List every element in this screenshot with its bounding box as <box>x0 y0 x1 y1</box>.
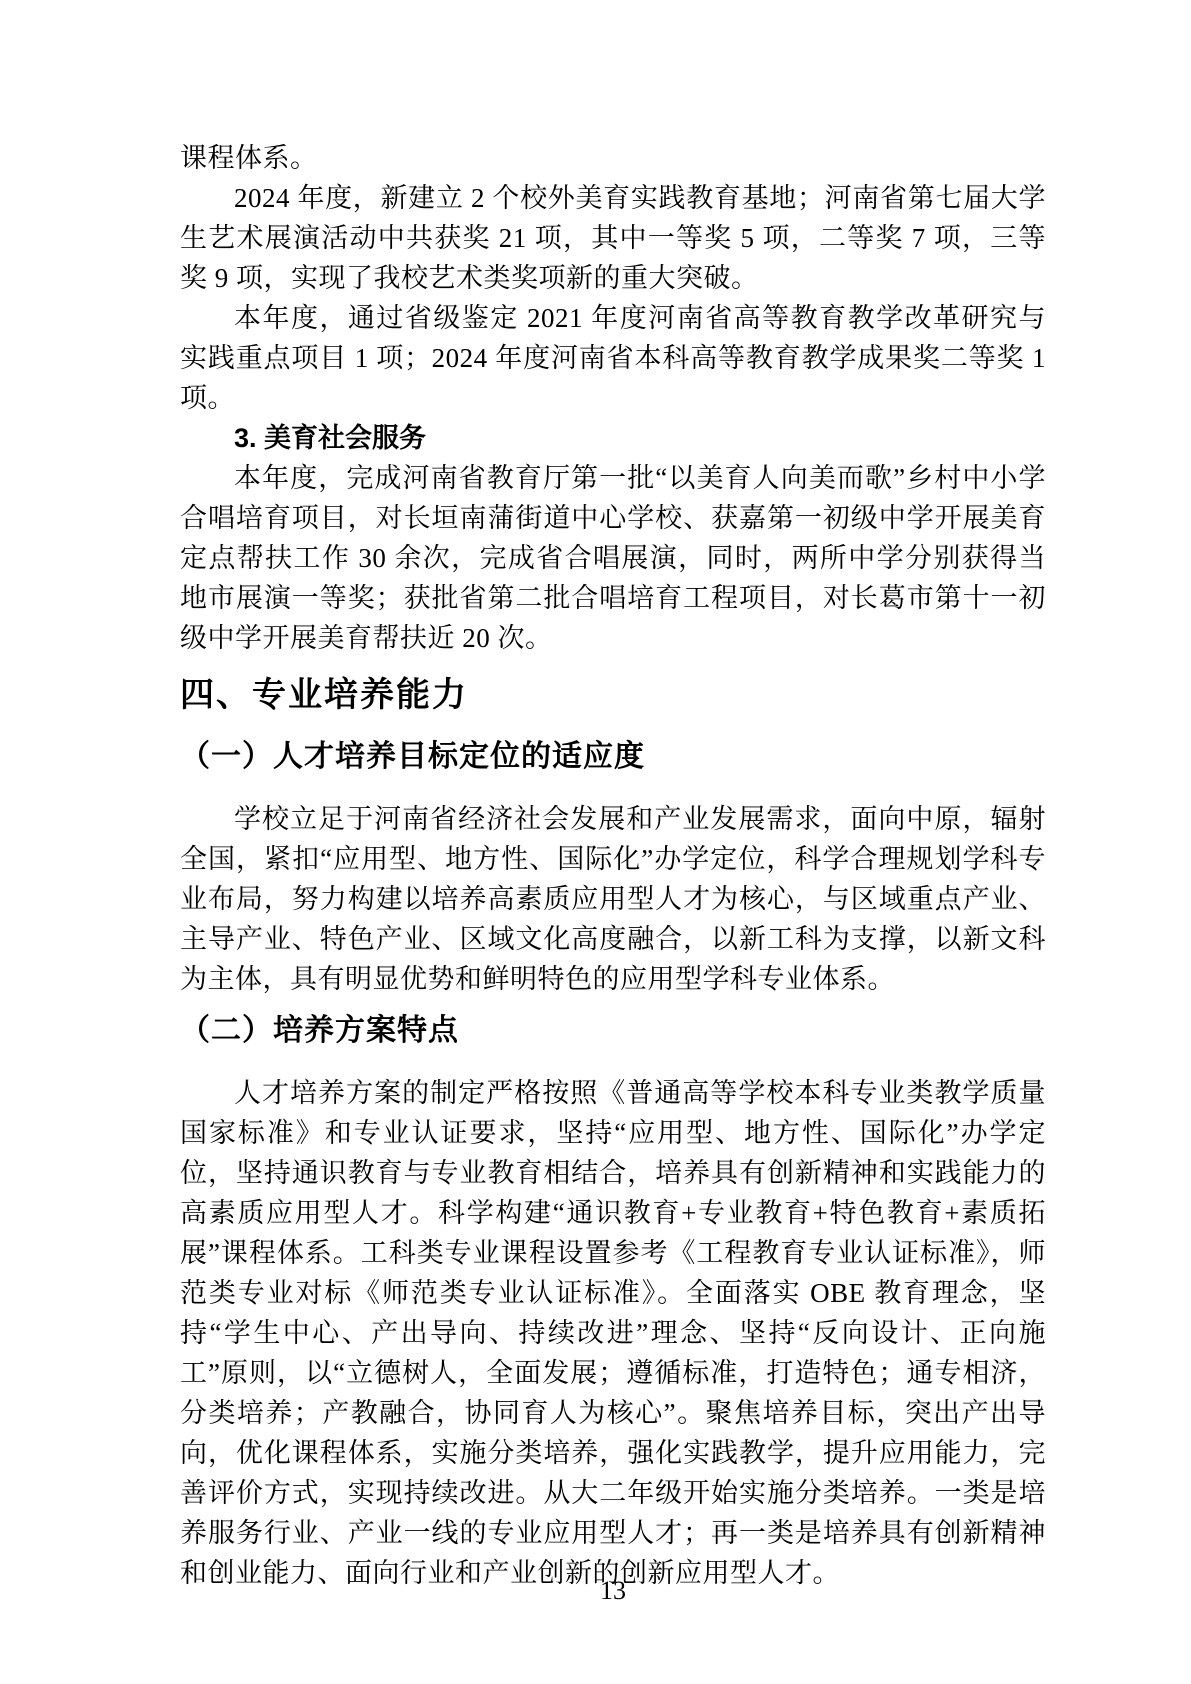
document-page: 课程体系。 2024 年度，新建立 2 个校外美育实践教育基地；河南省第七届大学… <box>0 0 1191 1684</box>
subheading-aesthetic-social-service: 3. 美育社会服务 <box>180 418 1046 458</box>
paragraph-training-plan-details: 人才培养方案的制定严格按照《普通高等学校本科专业类教学质量国家标准》和专业认证要… <box>180 1073 1046 1593</box>
section-heading-professional-training-capacity: 四、专业培养能力 <box>180 673 1046 717</box>
subsection-heading-talent-goal-adaptability: （一）人才培养目标定位的适应度 <box>180 735 1046 779</box>
paragraph-provincial-appraisal: 本年度，通过省级鉴定 2021 年度河南省高等教育教学改革研究与实践重点项目 1… <box>180 298 1046 418</box>
page-content: 课程体系。 2024 年度，新建立 2 个校外美育实践教育基地；河南省第七届大学… <box>180 138 1046 1593</box>
paragraph-choir-support-program: 本年度，完成河南省教育厅第一批“以美育人向美而歌”乡村中小学合唱培育项目，对长垣… <box>180 458 1046 658</box>
paragraph-course-system-continuation: 课程体系。 <box>180 138 1046 178</box>
paragraph-school-positioning: 学校立足于河南省经济社会发展和产业发展需求，面向中原，辐射全国，紧扣“应用型、地… <box>180 799 1046 999</box>
subsection-heading-training-plan-features: （二）培养方案特点 <box>180 1009 1046 1053</box>
page-number: 13 <box>180 1574 1046 1608</box>
paragraph-2024-art-awards: 2024 年度，新建立 2 个校外美育实践教育基地；河南省第七届大学生艺术展演活… <box>180 178 1046 298</box>
